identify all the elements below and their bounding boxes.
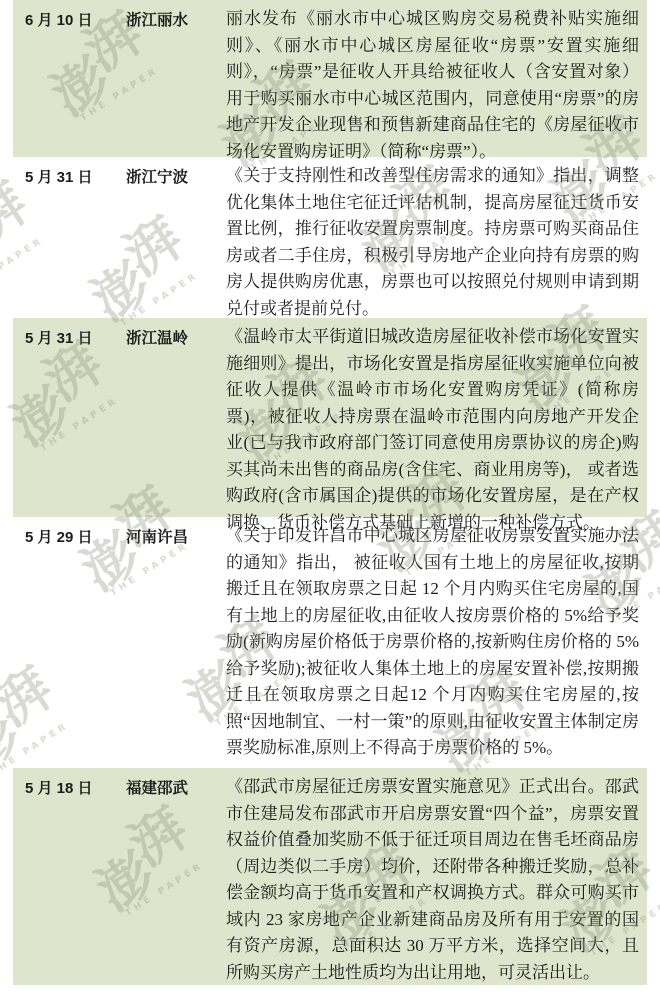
policy-text-cell: 《关于支持刚性和改善型住房需求的通知》指出，调整优化集体土地住宅征迁评估机制，提… xyxy=(226,157,647,322)
date-cell: 6 月 10 日 xyxy=(13,0,126,33)
policy-text-cell: 丽水发布《丽水市中心城区购房交易税费补贴实施细则》、《丽水市中心城区房屋征收“房… xyxy=(226,0,647,165)
policy-text-cell: 《邵武市房屋征迁房票安置实施意见》正式出台。邵武市住建局发布邵武市开启房票安置“… xyxy=(226,768,647,986)
date-cell: 5 月 18 日 xyxy=(13,768,126,801)
table-row: 5 月 18 日 福建邵武 《邵武市房屋征迁房票安置实施意见》正式出台。邵武市住… xyxy=(13,768,647,985)
policy-table: 6 月 10 日 浙江丽水 丽水发布《丽水市中心城区购房交易税费补贴实施细则》、… xyxy=(13,0,647,985)
policy-text-cell: 《关于印发许昌市中心城区房屋征收房票安置实施办法的通知》指出， 被征收人国有土地… xyxy=(226,517,647,762)
table-row: 5 月 29 日 河南许昌 《关于印发许昌市中心城区房屋征收房票安置实施办法的通… xyxy=(13,517,647,768)
city-cell: 河南许昌 xyxy=(126,517,226,550)
city-cell: 浙江温岭 xyxy=(126,318,226,351)
date-cell: 5 月 31 日 xyxy=(13,157,126,190)
table-row: 5 月 31 日 浙江温岭 《温岭市太平街道旧城改造房屋征收补偿市场化安置实施细… xyxy=(13,318,647,517)
document-page: { "page": { "background_color": "#ffffff… xyxy=(0,0,660,993)
date-cell: 5 月 29 日 xyxy=(13,517,126,550)
policy-text-cell: 《温岭市太平街道旧城改造房屋征收补偿市场化安置实施细则》提出，市场化安置是指房屋… xyxy=(226,318,647,536)
city-cell: 福建邵武 xyxy=(126,768,226,801)
table-row: 5 月 31 日 浙江宁波 《关于支持刚性和改善型住房需求的通知》指出，调整优化… xyxy=(13,157,647,318)
date-cell: 5 月 31 日 xyxy=(13,318,126,351)
city-cell: 浙江丽水 xyxy=(126,0,226,33)
city-cell: 浙江宁波 xyxy=(126,157,226,190)
table-row: 6 月 10 日 浙江丽水 丽水发布《丽水市中心城区购房交易税费补贴实施细则》、… xyxy=(13,0,647,157)
